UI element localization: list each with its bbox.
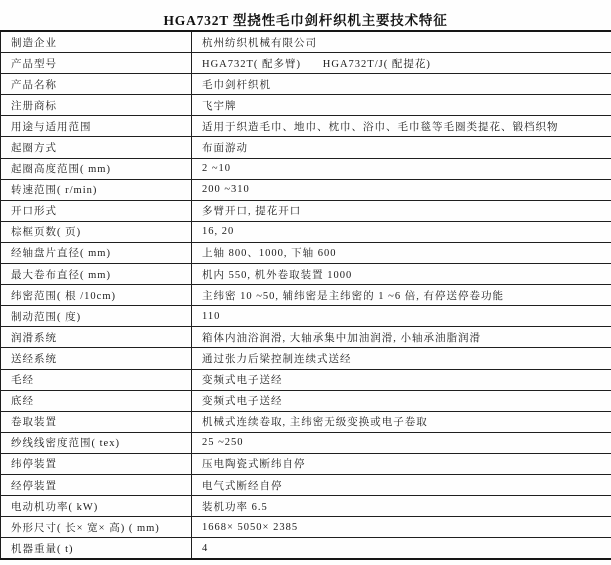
table-row: 纬密范围( 根 /10cm) 主纬密 10 ~50, 辅纬密是主纬密的 1 ~6… xyxy=(1,285,611,306)
spec-value: 25 ~250 xyxy=(192,432,611,453)
spec-value: 箱体内油浴润滑, 大轴承集中加油润滑, 小轴承油脂润滑 xyxy=(192,327,611,348)
spec-label: 制动范围( 度) xyxy=(1,306,192,327)
spec-value: 上轴 800、1000, 下轴 600 xyxy=(192,242,611,263)
spec-value: 杭州纺织机械有限公司 xyxy=(192,31,611,53)
table-row: 起圈方式 布面游动 xyxy=(1,137,611,158)
spec-label: 纬停装置 xyxy=(1,453,192,474)
table-row: 外形尺寸( 长× 宽× 高) ( mm) 1668× 5050× 2385 xyxy=(1,517,611,538)
spec-table: 制造企业 杭州纺织机械有限公司 产品型号 HGA732T( 配多臂) HGA73… xyxy=(0,30,611,560)
table-row: 转速范围( r/min) 200 ~310 xyxy=(1,179,611,200)
table-row: 润滑系统 箱体内油浴润滑, 大轴承集中加油润滑, 小轴承油脂润滑 xyxy=(1,327,611,348)
spec-label: 纬密范围( 根 /10cm) xyxy=(1,285,192,306)
spec-label: 经停装置 xyxy=(1,474,192,495)
document-page: HGA732T 型挠性毛巾剑杆织机主要技术特征 制造企业 杭州纺织机械有限公司 … xyxy=(0,0,611,565)
table-row: 棕框页数( 页) 16, 20 xyxy=(1,221,611,242)
table-row: 制动范围( 度) 110 xyxy=(1,306,611,327)
spec-label: 机器重量( t) xyxy=(1,538,192,560)
spec-value: 16, 20 xyxy=(192,221,611,242)
table-row: 电动机功率( kW) 装机功率 6.5 xyxy=(1,496,611,517)
table-row: 制造企业 杭州纺织机械有限公司 xyxy=(1,31,611,53)
spec-label: 最大卷布直径( mm) xyxy=(1,264,192,285)
spec-value: 主纬密 10 ~50, 辅纬密是主纬密的 1 ~6 倍, 有停送停卷功能 xyxy=(192,285,611,306)
spec-label: 毛经 xyxy=(1,369,192,390)
table-row: 经轴盘片直径( mm) 上轴 800、1000, 下轴 600 xyxy=(1,242,611,263)
spec-value: 通过张力后梁控制连续式送经 xyxy=(192,348,611,369)
table-row: 用途与适用范围 适用于织造毛巾、地巾、枕巾、浴巾、毛巾毯等毛圈类提花、锻档织物 xyxy=(1,116,611,137)
spec-value: 机内 550, 机外卷取装置 1000 xyxy=(192,264,611,285)
spec-label: 产品名称 xyxy=(1,74,192,95)
spec-label: 外形尺寸( 长× 宽× 高) ( mm) xyxy=(1,517,192,538)
spec-label: 开口形式 xyxy=(1,200,192,221)
table-row: 产品型号 HGA732T( 配多臂) HGA732T/J( 配提花) xyxy=(1,53,611,74)
table-row: 产品名称 毛巾剑杆织机 xyxy=(1,74,611,95)
table-row: 经停装置 电气式断经自停 xyxy=(1,474,611,495)
spec-label: 注册商标 xyxy=(1,95,192,116)
table-row: 毛经 变频式电子送经 xyxy=(1,369,611,390)
spec-label: 润滑系统 xyxy=(1,327,192,348)
table-row: 起圈高度范围( mm) 2 ~10 xyxy=(1,158,611,179)
spec-label: 经轴盘片直径( mm) xyxy=(1,242,192,263)
spec-value: 变频式电子送经 xyxy=(192,390,611,411)
table-row: 卷取装置 机械式连续卷取, 主纬密无级变换或电子卷取 xyxy=(1,411,611,432)
spec-label: 底经 xyxy=(1,390,192,411)
spec-label: 纱线线密度范围( tex) xyxy=(1,432,192,453)
spec-value: 110 xyxy=(192,306,611,327)
spec-value: 变频式电子送经 xyxy=(192,369,611,390)
spec-value: 200 ~310 xyxy=(192,179,611,200)
spec-label: 送经系统 xyxy=(1,348,192,369)
spec-label: 棕框页数( 页) xyxy=(1,221,192,242)
spec-value: 适用于织造毛巾、地巾、枕巾、浴巾、毛巾毯等毛圈类提花、锻档织物 xyxy=(192,116,611,137)
table-row: 注册商标 飞宇牌 xyxy=(1,95,611,116)
spec-label: 用途与适用范围 xyxy=(1,116,192,137)
spec-value: 压电陶瓷式断纬自停 xyxy=(192,453,611,474)
spec-value: 电气式断经自停 xyxy=(192,474,611,495)
spec-value: 1668× 5050× 2385 xyxy=(192,517,611,538)
spec-label: 起圈高度范围( mm) xyxy=(1,158,192,179)
spec-value: 多臂开口, 提花开口 xyxy=(192,200,611,221)
table-row: 纬停装置 压电陶瓷式断纬自停 xyxy=(1,453,611,474)
spec-value: 2 ~10 xyxy=(192,158,611,179)
table-row: 送经系统 通过张力后梁控制连续式送经 xyxy=(1,348,611,369)
spec-label: 电动机功率( kW) xyxy=(1,496,192,517)
spec-label: 卷取装置 xyxy=(1,411,192,432)
spec-value: 布面游动 xyxy=(192,137,611,158)
spec-value: 装机功率 6.5 xyxy=(192,496,611,517)
table-row: 底经 变频式电子送经 xyxy=(1,390,611,411)
table-row: 最大卷布直径( mm) 机内 550, 机外卷取装置 1000 xyxy=(1,264,611,285)
page-title: HGA732T 型挠性毛巾剑杆织机主要技术特征 xyxy=(0,0,611,30)
spec-label: 产品型号 xyxy=(1,53,192,74)
spec-value: 飞宇牌 xyxy=(192,95,611,116)
spec-value: 4 xyxy=(192,538,611,560)
table-row: 机器重量( t) 4 xyxy=(1,538,611,560)
table-row: 开口形式 多臂开口, 提花开口 xyxy=(1,200,611,221)
spec-value: HGA732T( 配多臂) HGA732T/J( 配提花) xyxy=(192,53,611,74)
spec-label: 制造企业 xyxy=(1,31,192,53)
spec-value: 毛巾剑杆织机 xyxy=(192,74,611,95)
spec-value: 机械式连续卷取, 主纬密无级变换或电子卷取 xyxy=(192,411,611,432)
spec-label: 起圈方式 xyxy=(1,137,192,158)
table-row: 纱线线密度范围( tex) 25 ~250 xyxy=(1,432,611,453)
spec-label: 转速范围( r/min) xyxy=(1,179,192,200)
